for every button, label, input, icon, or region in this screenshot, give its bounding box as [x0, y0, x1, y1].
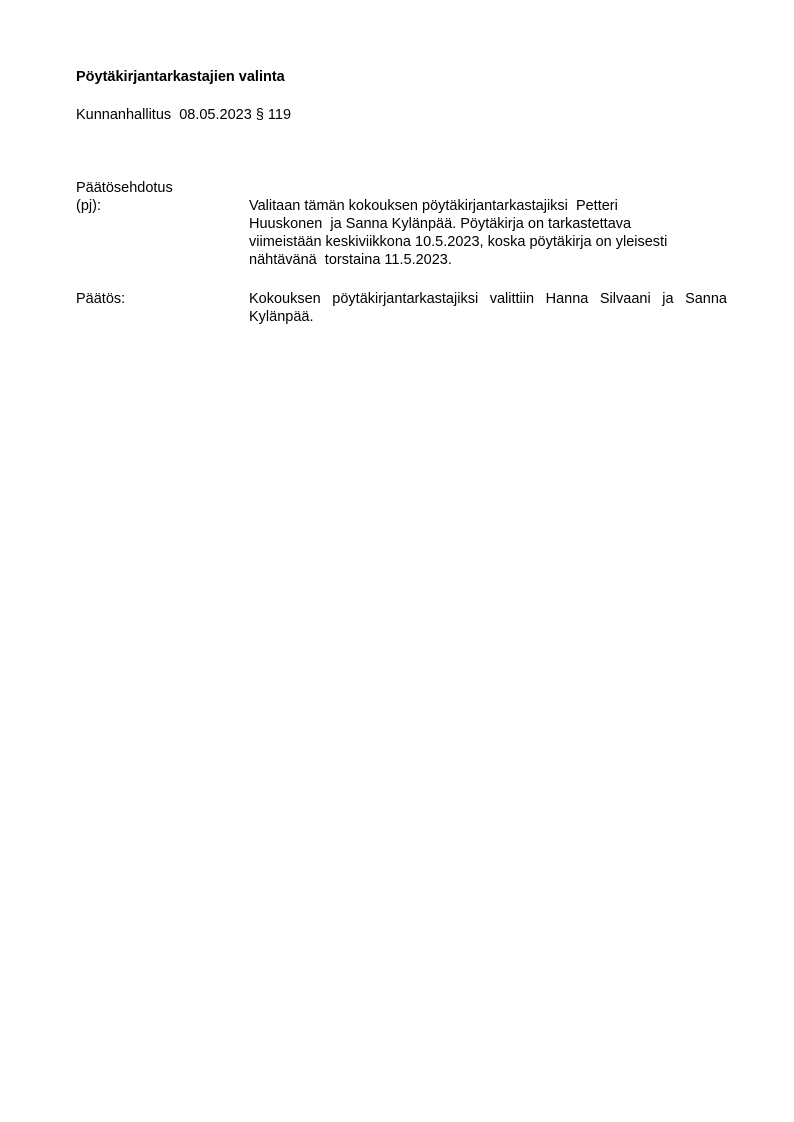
- proposal-label-line2: (pj):: [76, 197, 246, 215]
- decision-label: Päätös:: [76, 290, 246, 308]
- meeting-section: § 119: [256, 107, 291, 123]
- meeting-reference: Kunnanhallitus 08.05.2023 § 119: [76, 106, 291, 124]
- meeting-date: 08.05.2023: [179, 107, 252, 123]
- document-title: Pöytäkirjantarkastajien valinta: [76, 68, 285, 86]
- proposal-text-line: Huuskonen ja Sanna Kylänpää. Pöytäkirja …: [249, 215, 719, 233]
- proposal-text-line: viimeistään keskiviikkona 10.5.2023, kos…: [249, 233, 719, 251]
- proposal-text-line: Valitaan tämän kokouksen pöytäkirjantark…: [249, 197, 719, 215]
- meeting-body: Kunnanhallitus: [76, 107, 171, 123]
- proposal-text: Valitaan tämän kokouksen pöytäkirjantark…: [249, 197, 719, 269]
- proposal-label-line1: Päätösehdotus: [76, 179, 246, 197]
- decision-text: Kokouksen pöytäkirjantarkastajiksi valit…: [249, 290, 727, 326]
- proposal-label: Päätösehdotus (pj):: [76, 179, 246, 215]
- proposal-text-line: nähtävänä torstaina 11.5.2023.: [249, 251, 719, 269]
